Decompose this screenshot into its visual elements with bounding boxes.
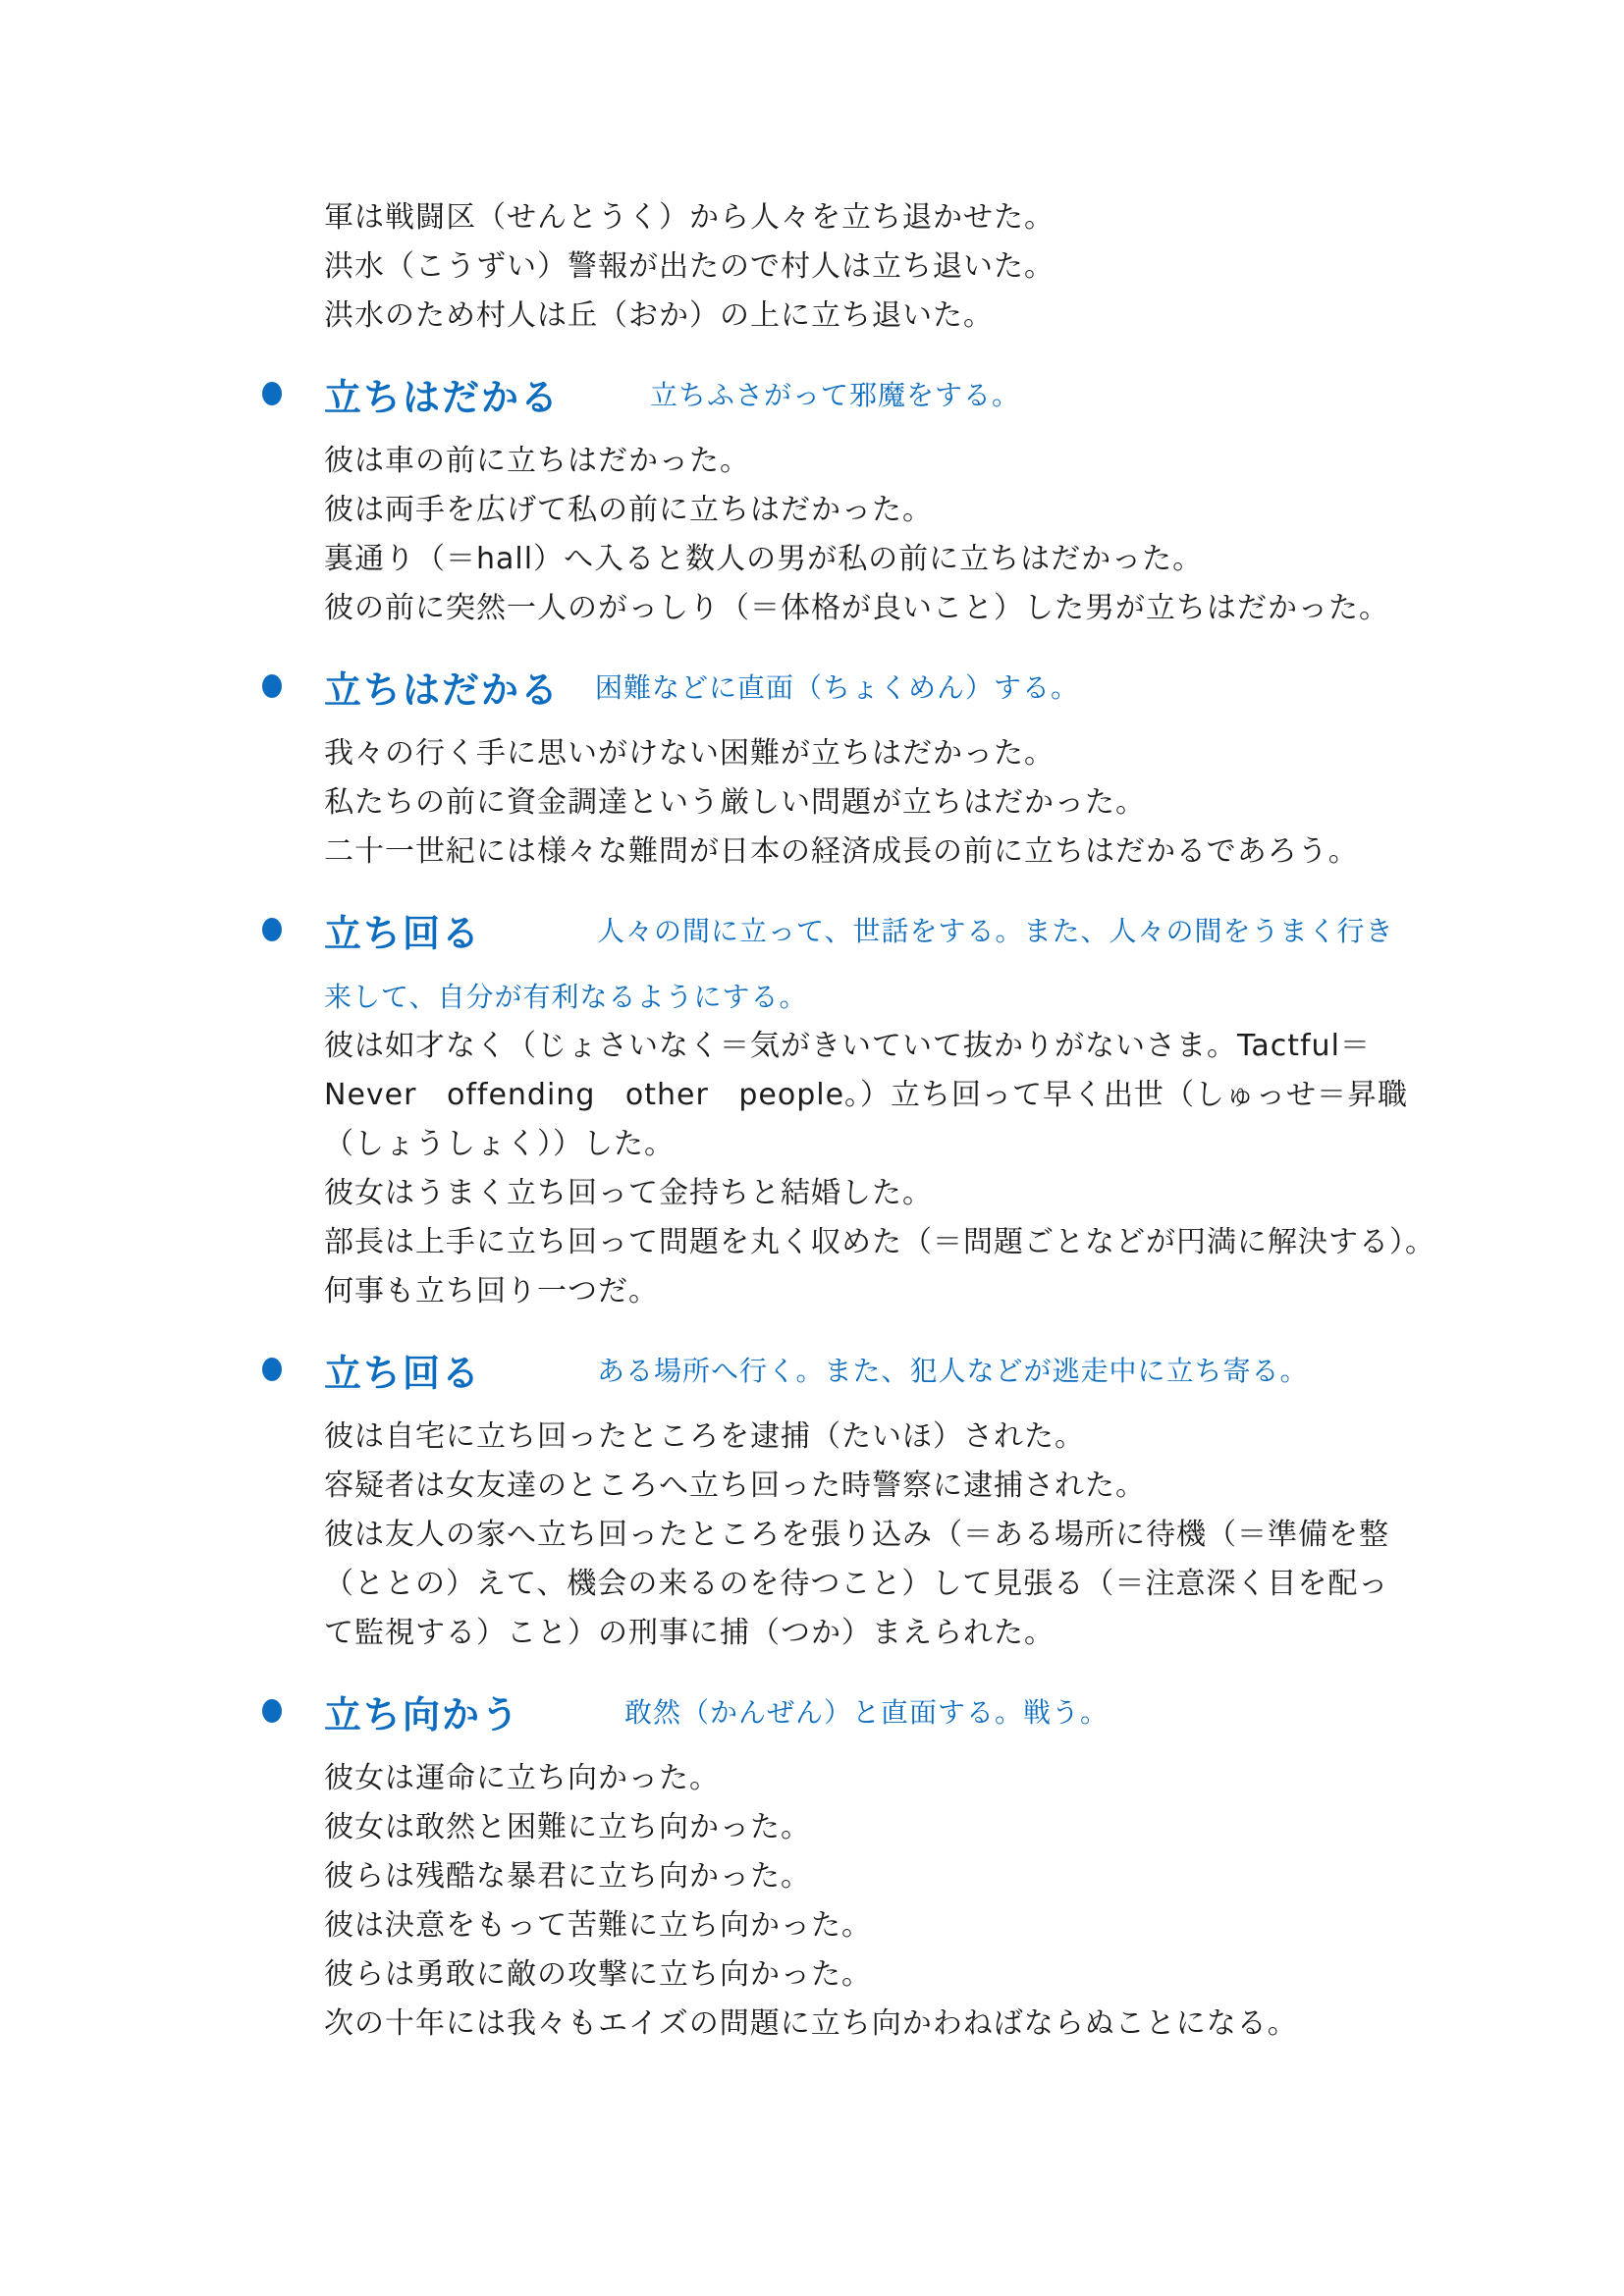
example-sentence: 洪水（こうずい）警報が出たので村人は立ち退いた。 [324,242,1483,292]
entry-term: 立ちはだかる [324,660,560,714]
example-sentence: 部長は上手に立ち回って問題を丸く収めた（＝問題ごとなどが円満に解決する）。 [324,1218,1483,1267]
example-sentence: 洪水のため村人は丘（おか）の上に立ち退いた。 [324,292,1483,341]
example-sentence: 彼らは残酷な暴君に立ち向かった。 [324,1852,1483,1901]
bullet-icon [262,1699,282,1723]
example-sentence: Never offending other people。）立ち回って早く出世（… [324,1071,1483,1120]
example-sentence: 彼女は運命に立ち向かった。 [324,1754,1483,1803]
example-sentence: 我々の行く手に思いがけない困難が立ちはだかった。 [324,729,1483,778]
entry-term: 立ち回る [324,903,481,957]
example-sentence: 何事も立ち回り一つだ。 [324,1267,1483,1316]
entry-term: 立ち向かう [324,1684,520,1738]
bullet-icon [262,382,282,405]
example-sentence: て監視する）こと）の刑事に捕（つか）まえられた。 [324,1609,1483,1658]
entry-definition: ある場所へ行く。また、犯人などが逃走中に立ち寄る。 [597,1350,1308,1389]
entry-term: 立ちはだかる [324,367,560,421]
entry-section: 立ち回る ある場所へ行く。また、犯人などが逃走中に立ち寄る。 彼は自宅に立ち回っ… [324,1342,1483,1658]
entry-heading: 立ちはだかる 立ちふさがって邪魔をする。 [262,366,1483,421]
bullet-icon [262,674,282,698]
entry-section: 立ち向かう 敢然（かんぜん）と直面する。戦う。 彼女は運命に立ち向かった。 彼女… [324,1683,1483,2049]
entry-heading: 立ち回る 人々の間に立って、世話をする。また、人々の間をうまく行き [262,902,1483,957]
entry-section: 立ちはだかる 困難などに直面（ちょくめん）する。 我々の行く手に思いがけない困難… [324,659,1483,877]
entry-heading: 立ち向かう 敢然（かんぜん）と直面する。戦う。 [262,1683,1483,1738]
entry-term: 立ち回る [324,1343,481,1397]
entry-definition: 敢然（かんぜん）と直面する。戦う。 [624,1691,1109,1731]
intro-paragraph: 軍は戦闘区（せんとうく）から人々を立ち退かせた。 洪水（こうずい）警報が出たので… [324,193,1483,341]
example-sentence: 次の十年には我々もエイズの問題に立ち向かわねばならぬことになる。 [324,2000,1483,2049]
example-sentence: 彼は車の前に立ちはだかった。 [324,437,1483,486]
example-sentence: 彼らは勇敢に敵の攻撃に立ち向かった。 [324,1950,1483,2000]
example-sentence: 彼女は敢然と困難に立ち向かった。 [324,1803,1483,1852]
example-sentence: 彼は自宅に立ち回ったところを逮捕（たいほ）された。 [324,1413,1483,1462]
example-sentence: 二十一世紀には様々な難問が日本の経済成長の前に立ちはだかるであろう。 [324,828,1483,877]
entry-definition: 人々の間に立って、世話をする。また、人々の間をうまく行き [597,910,1393,949]
example-sentence: 裏通り（＝hall）へ入ると数人の男が私の前に立ちはだかった。 [324,535,1483,584]
example-sentence: 容疑者は女友達のところへ立ち回った時警察に逮捕された。 [324,1462,1483,1511]
example-sentence: 彼女はうまく立ち回って金持ちと結婚した。 [324,1169,1483,1218]
entry-heading: 立ち回る ある場所へ行く。また、犯人などが逃走中に立ち寄る。 [262,1342,1483,1397]
example-sentence: 私たちの前に資金調達という厳しい問題が立ちはだかった。 [324,778,1483,828]
entry-definition: 立ちふさがって邪魔をする。 [650,374,1020,413]
example-sentence: 彼は如才なく（じょさいなく＝気がきいていて抜かりがないさま。Tactful＝ [324,1022,1483,1071]
entry-section: 立ち回る 人々の間に立って、世話をする。また、人々の間をうまく行き 来して、自分… [324,902,1483,1316]
example-sentence: （しょうしょく））した。 [324,1120,1483,1169]
entry-section: 立ちはだかる 立ちふさがって邪魔をする。 彼は車の前に立ちはだかった。 彼は両手… [324,366,1483,633]
document-page: 軍は戦闘区（せんとうく）から人々を立ち退かせた。 洪水（こうずい）警報が出たので… [0,0,1624,2296]
entry-heading: 立ちはだかる 困難などに直面（ちょくめん）する。 [262,659,1483,714]
example-sentence: 軍は戦闘区（せんとうく）から人々を立ち退かせた。 [324,193,1483,242]
example-sentence: 彼は決意をもって苦難に立ち向かった。 [324,1901,1483,1950]
bullet-icon [262,1358,282,1381]
bullet-icon [262,918,282,941]
example-sentence: 彼は両手を広げて私の前に立ちはだかった。 [324,486,1483,535]
entry-definition: 困難などに直面（ちょくめん）する。 [595,667,1079,706]
example-sentence: （ととの）えて、機会の来るのを待つこと）して見張る（＝注意深く目を配っ [324,1560,1483,1609]
example-sentence: 彼の前に突然一人のがっしり（＝体格が良いこと）した男が立ちはだかった。 [324,584,1483,633]
page-content: 軍は戦闘区（せんとうく）から人々を立ち退かせた。 洪水（こうずい）警報が出たので… [324,193,1483,2049]
example-sentence: 彼は友人の家へ立ち回ったところを張り込み（＝ある場所に待機（＝準備を整 [324,1511,1483,1560]
entry-definition-continued: 来して、自分が有利なるようにする。 [324,973,1483,1022]
